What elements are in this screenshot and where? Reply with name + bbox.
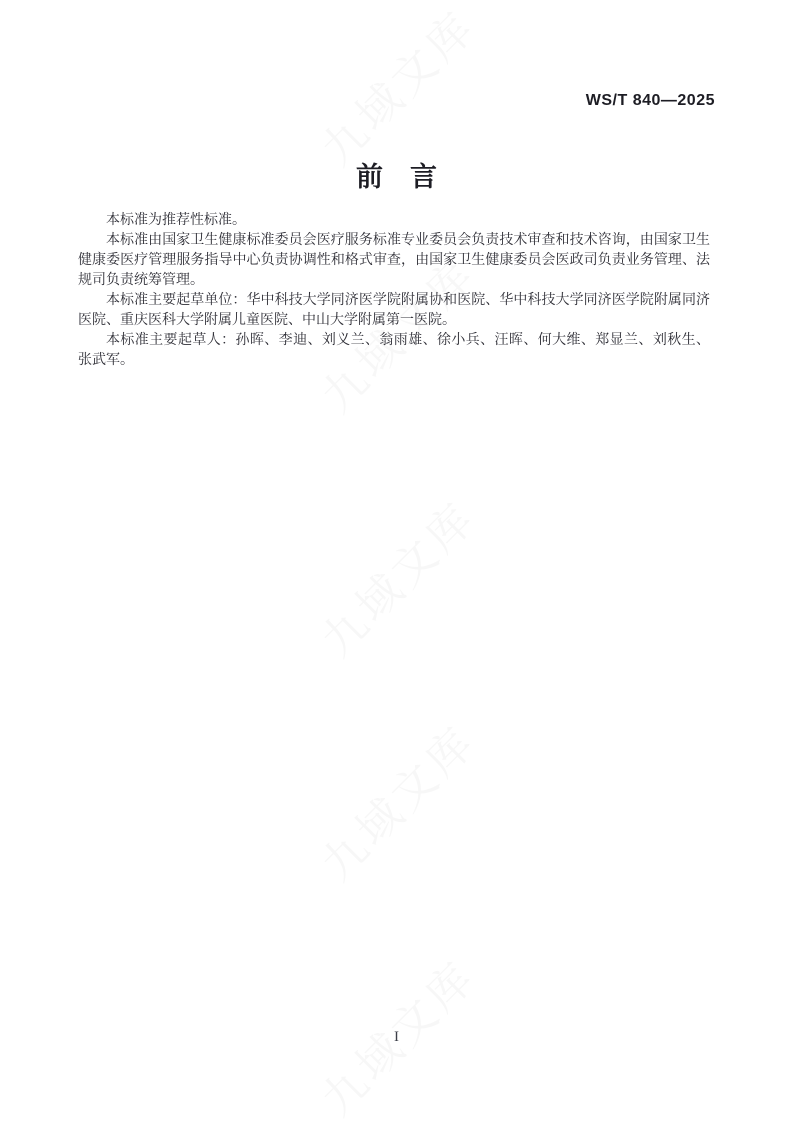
- paragraph-line: 本标准为推荐性标准。: [78, 211, 710, 231]
- page-number: I: [0, 1029, 793, 1046]
- watermark-text: 九域文库: [304, 708, 488, 892]
- page-title: 前言: [0, 155, 793, 194]
- paragraph-line: 医院、重庆医科大学附属儿童医院、中山大学附属第一医院。: [78, 311, 710, 331]
- paragraph-line: 健康委医疗管理服务指导中心负责协调性和格式审查，由国家卫生健康委员会医政司负责业…: [78, 251, 710, 271]
- foreword-body: 本标准为推荐性标准。 本标准由国家卫生健康标准委员会医疗服务标准专业委员会负责技…: [78, 211, 710, 371]
- paragraph-line: 本标准主要起草单位：华中科技大学同济医学院附属协和医院、华中科技大学同济医学院附…: [78, 291, 710, 311]
- document-page: 九域文库 九域文库 九域文库 九域文库 九域文库 WS/T 840—2025 前…: [0, 0, 793, 1122]
- standard-number: WS/T 840—2025: [586, 92, 715, 110]
- watermark-text: 九域文库: [304, 484, 488, 668]
- paragraph-line: 张武军。: [78, 351, 710, 371]
- paragraph-line: 规司负责统筹管理。: [78, 271, 710, 291]
- paragraph-line: 本标准主要起草人：孙晖、李迪、刘义兰、翁雨雄、徐小兵、汪晖、何大维、郑显兰、刘秋…: [78, 331, 710, 351]
- paragraph-line: 本标准由国家卫生健康标准委员会医疗服务标准专业委员会负责技术审查和技术咨询，由国…: [78, 231, 710, 251]
- watermark-text: 九域文库: [304, 0, 488, 177]
